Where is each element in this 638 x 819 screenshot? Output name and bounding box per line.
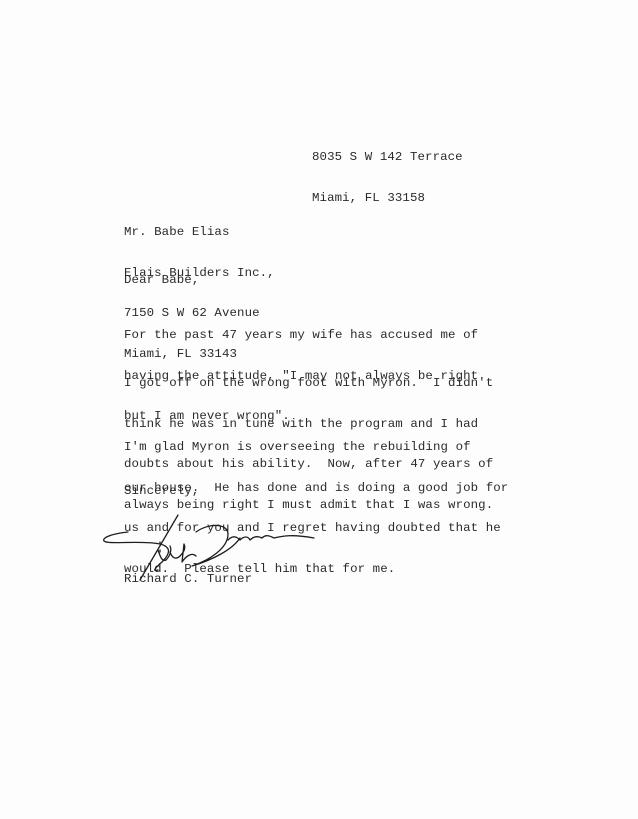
paragraph-line: I'm glad Myron is overseeing the rebuild… (124, 441, 508, 455)
paragraph-line: I got off on the wrong foot with Myron. … (124, 377, 493, 391)
sender-address-line: 8035 S W 142 Terrace (312, 151, 463, 165)
closing: Sincerely, (124, 485, 199, 499)
letter-page: 8035 S W 142 Terrace Miami, FL 33158 Mr.… (0, 0, 638, 819)
sender-address-line: Miami, FL 33158 (312, 192, 463, 206)
sender-address: 8035 S W 142 Terrace Miami, FL 33158 (312, 124, 463, 232)
paragraph-line: For the past 47 years my wife has accuse… (124, 329, 478, 343)
recipient-address-line: Mr. Babe Elias (124, 226, 275, 240)
salutation: Dear Babe, (124, 274, 199, 288)
signature-name: Richard C. Turner (124, 573, 252, 587)
